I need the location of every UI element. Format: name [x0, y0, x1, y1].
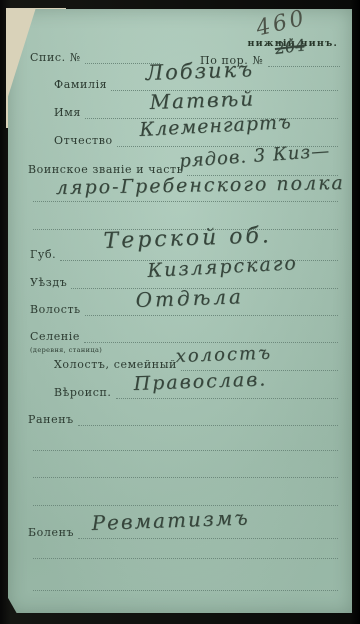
province-label: Губ. — [30, 248, 56, 261]
marital-handwritten-value: холостъ — [175, 343, 272, 367]
blank-ruled-line-3 — [33, 477, 338, 478]
marital-label: Холостъ, семейный — [54, 358, 177, 371]
first-name-label: Имя — [54, 106, 81, 119]
volost-handwritten-value: Отдѣла — [135, 284, 244, 312]
order-number-handwritten-value: 204 — [274, 35, 307, 58]
settlement-sublabel: (деревня, станица) — [30, 346, 102, 354]
settlement-row: Селеніе — [30, 330, 338, 343]
rank-unit-handwritten-line2: ляро-Гребенского полка — [56, 172, 345, 199]
surname-handwritten-value: Лобзикъ — [145, 57, 254, 85]
religion-label: Вѣроисп. — [54, 386, 112, 399]
district-label: Уѣздъ — [30, 276, 67, 289]
blank-ruled-line-4 — [33, 505, 338, 506]
settlement-label: Селеніе — [30, 330, 80, 343]
wounded-row: Раненъ — [28, 413, 338, 426]
blank-ruled-line-2 — [33, 450, 338, 451]
patronymic-label: Отчество — [54, 134, 113, 147]
wounded-label: Раненъ — [28, 413, 74, 426]
religion-handwritten-value: Православ. — [133, 368, 267, 395]
settlement-blank-line — [84, 330, 338, 343]
record-card: 460 нижній чинъ. Спис. № По пор. № 204 Ф… — [8, 9, 352, 613]
wounded-blank-line — [78, 413, 338, 426]
surname-label: Фамилія — [54, 78, 107, 91]
blank-ruled-line-6 — [33, 590, 338, 591]
sick-label: Боленъ — [28, 526, 74, 539]
blank-ruled-line-5 — [33, 558, 338, 559]
rank-unit-label: Воинское званіе и часть — [28, 163, 183, 176]
list-number-row: Спис. № — [30, 51, 160, 64]
list-number-label: Спис. № — [30, 51, 81, 64]
first-name-handwritten-value: Матвѣй — [149, 86, 255, 114]
rank-unit-continuation-line — [33, 201, 338, 202]
volost-label: Волость — [30, 303, 81, 316]
